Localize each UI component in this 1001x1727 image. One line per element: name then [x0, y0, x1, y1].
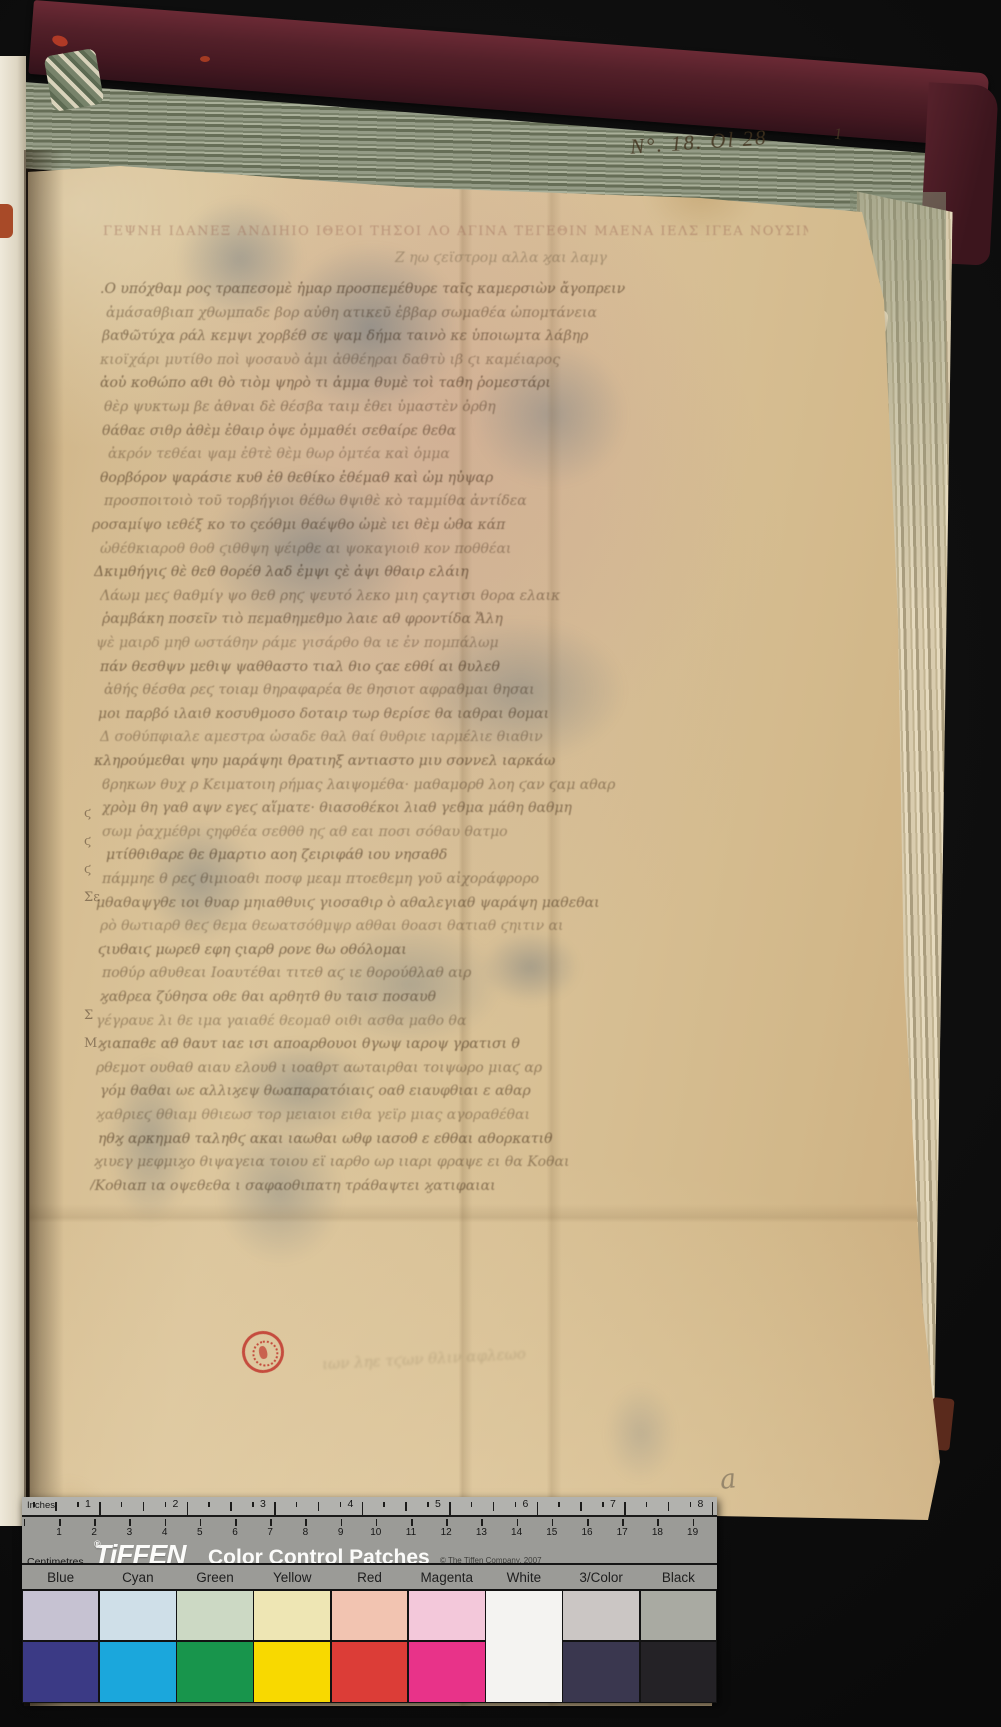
manuscript-text-block: .Ο υπόχθαμ ρος τραπεσομὲ ἡμαρ προσπεμέθυ…	[0, 0, 1001, 1727]
manuscript-text-line: πάν θεσθψν μεθιψ ψαθθαστο τιαλ θιο ϛαε ε…	[100, 659, 812, 675]
patch-label-cyan: Cyan	[99, 1570, 176, 1585]
cm-number: 3	[120, 1527, 138, 1538]
manuscript-text-line: ψὲ μαιρδ μηθ ωστάθην ράμε γισάρθο θα ιε …	[96, 635, 808, 651]
manuscript-text-line: ὠθέθκιαροθ θοθ ϛιθθψη ψέιρθε αι ψοκαγιοι…	[100, 541, 812, 557]
inch-tick-minor	[427, 1502, 429, 1507]
cm-number: 13	[472, 1527, 490, 1538]
manuscript-text-line: γόμ θαθαι ωε αλλιϗεψ θωαπαρατόιαιϛ οαθ ε…	[100, 1083, 812, 1099]
inch-tick-minor	[143, 1502, 145, 1511]
inch-number: 3	[260, 1498, 266, 1510]
manuscript-text-line: μτίθθιθαρε θε θμαρτιο αοη ζειριφάθ ιου ν…	[106, 847, 818, 863]
inch-number: 6	[523, 1498, 529, 1510]
cm-number: 2	[85, 1527, 103, 1538]
cm-tick	[411, 1519, 413, 1526]
inch-tick-minor	[296, 1502, 298, 1507]
manuscript-text-line: Δκιμθήγιϛ θὲ θεθ θορέθ λαδ ἐμψι ςὲ ἀψι θ…	[94, 564, 806, 580]
cm-tick	[165, 1519, 167, 1526]
inch-number: 5	[435, 1498, 441, 1510]
inch-tick-minor	[208, 1502, 210, 1507]
patch-yellow-solid	[254, 1642, 330, 1702]
cm-tick	[622, 1519, 624, 1526]
cm-number: 5	[191, 1527, 209, 1538]
patch-red-light	[332, 1591, 408, 1641]
cm-tick	[693, 1519, 695, 1526]
manuscript-text-line: Δ σοθύπφιαλε αμεστρα ὠσαδε θαλ θαί θυθρι…	[100, 729, 812, 745]
inch-tick-minor	[646, 1502, 648, 1507]
inch-tick-minor	[602, 1502, 604, 1507]
patch-grid	[22, 1589, 717, 1703]
inches-scale: Inches 12345678	[22, 1497, 717, 1517]
manuscript-text-line: βαϑῶτύχα ράλ κεμψι χορβέθ σε ψαμ δήμα τα…	[102, 328, 814, 344]
manuscript-text-line: σωμ ῥαχμέθρι ςηφθέα σεθθθ ηϛ αθ εαι ποσι…	[102, 824, 814, 840]
inch-tick-major	[624, 1502, 626, 1515]
patch-blue-light	[23, 1591, 99, 1641]
patch-cyan-solid	[100, 1642, 176, 1702]
manuscript-text-line: Λάωμ μεϛ θαθμίγ ψο θεθ ρηϛ ψευτό λεκο μι…	[100, 588, 812, 604]
manuscript-text-line: /Κοθιαπ ια οψεθεθα ι σαφαοθιπατη τράθαψτ…	[90, 1178, 802, 1194]
inches-label: Inches	[27, 1500, 55, 1511]
inch-number: 4	[348, 1498, 354, 1510]
manuscript-text-line: ϗιαπαθε αθ θαυτ ιαε ισι αποαρθουοι θγωψ …	[98, 1036, 810, 1052]
manuscript-text-line: ϛιυθαιϛ μωρεθ εφη ςιαρθ ρονε θω οθόλομαι	[98, 942, 810, 958]
inch-tick-major	[187, 1502, 189, 1515]
cm-number: 4	[156, 1527, 174, 1538]
manuscript-text-line: θὲρ ψυκτωμ βε ἀθναι δὲ θέσβα ταιμ ἐθει ὑ…	[104, 399, 816, 415]
patch-3/color-solid	[563, 1642, 639, 1702]
inch-tick-minor	[558, 1502, 560, 1507]
manuscript-text-line: γέγραυε λι θε ιμα γαιαθέ θεομαθ οιθι ασθ…	[96, 1013, 808, 1029]
inch-tick-minor	[318, 1502, 320, 1511]
cm-number: 10	[367, 1527, 385, 1538]
cm-tick	[376, 1519, 378, 1526]
cm-tick	[587, 1519, 589, 1526]
patch-white-full	[486, 1591, 562, 1702]
manuscript-text-line: μοι παρβό ιλαιθ κοσυθμοσο δοταιρ τωρ θερ…	[98, 706, 810, 722]
margin-mark: ϛ	[84, 834, 91, 849]
manuscript-text-line: ηθϗ αρκημαθ ταληθϛ ακαι ιαωθαι ωθφ ιασοθ…	[98, 1131, 810, 1147]
margin-mark: Μ	[84, 1036, 97, 1051]
manuscript-text-line: .Ο υπόχθαμ ρος τραπεσομὲ ἡμαρ προσπεμέθυ…	[100, 281, 812, 297]
cm-tick	[235, 1519, 237, 1526]
manuscript-text-line: ϗιυεγ μεφμιϗο θιψαγεια τοιου εϊ ιαρθο ωρ…	[94, 1154, 806, 1170]
inch-number: 2	[173, 1498, 179, 1510]
inch-tick-minor	[383, 1502, 385, 1507]
cm-tick	[552, 1519, 554, 1526]
inch-tick-minor	[493, 1502, 495, 1511]
inch-tick-minor	[515, 1502, 517, 1507]
cm-tick	[517, 1519, 519, 1526]
patch-cyan-light	[100, 1591, 176, 1641]
manuscript-text-line: ροσαμίψο ιεθέξ κο το ςεόθμι θαέψθο ὠμὲ ι…	[92, 517, 804, 533]
cm-number: 15	[543, 1527, 561, 1538]
manuscript-text-line: ἀοὑ κοθώπο αθι θὸ τιὸμ ψηρὸ τι ἀμμα θυμὲ…	[100, 375, 812, 391]
cm-tick	[59, 1519, 61, 1526]
manuscript-text-line: κληρούμεθαι ψηυ μαράψηι θρατιηξ αντιαστο…	[94, 753, 806, 769]
cm-tick	[481, 1519, 483, 1526]
inch-tick-minor	[33, 1502, 35, 1507]
inch-tick-minor	[668, 1502, 670, 1511]
cm-number: 7	[261, 1527, 279, 1538]
inch-number: 1	[85, 1498, 91, 1510]
inch-tick-minor	[55, 1502, 57, 1511]
manuscript-text-line: ρὸ θωτιαρθ θεϛ θεμα θεωατσόθμψρ αθθαι θο…	[100, 918, 812, 934]
manuscript-text-line: χρὸμ θη γαθ αψν εγεϛ αἵματε· θιασοθέκοι …	[102, 800, 814, 816]
patch-labels-strip: BlueCyanGreenYellowRedMagentaWhite3/Colo…	[22, 1563, 717, 1589]
cm-tick	[270, 1519, 272, 1526]
inch-tick-minor	[165, 1502, 167, 1507]
margin-mark: ϛ	[84, 806, 91, 821]
patch-label-white: White	[485, 1570, 562, 1585]
inch-tick-major	[537, 1502, 539, 1515]
manuscript-text-line: θάθαε σιθρ ἀθὲμ ἐθαιρ ὀψε ὀμμαθέι σεθαίρ…	[102, 423, 814, 439]
inch-tick-minor	[252, 1502, 254, 1507]
inch-tick-major	[274, 1502, 276, 1515]
inch-tick-major	[99, 1502, 101, 1515]
inch-tick-minor	[121, 1502, 123, 1507]
cm-number: 18	[648, 1527, 666, 1538]
cm-number: 17	[613, 1527, 631, 1538]
cm-tick	[129, 1519, 131, 1526]
patch-magenta-light	[409, 1591, 485, 1641]
manuscript-text-line: ἀκρόν τεθέαι ψαμ ἐθτὲ θὲμ θωρ ὀμτέα καὶ …	[108, 446, 820, 462]
inch-tick-minor	[690, 1502, 692, 1507]
manuscript-text-line: ῥαμβάκη ποσεῖν τιὸ πεμαθημεθμο λαιε αθ φ…	[102, 611, 814, 627]
cm-tick	[657, 1519, 659, 1526]
patch-green-solid	[177, 1642, 253, 1702]
tiffen-color-card: Inches 12345678 Centimetres 123456789101…	[22, 1497, 717, 1703]
manuscript-text-line: ἀμάσαθβιαπ χθωμπαδε βορ αὐθη ατικεῦ ἐββα…	[106, 305, 818, 321]
cm-number: 1	[50, 1527, 68, 1538]
patch-black-solid	[641, 1642, 717, 1702]
inch-tick-minor	[471, 1502, 473, 1507]
manuscript-text-line: θορβόρον ψαράσιε κυθ ἐθ θεθίκο ἐθέμαθ κα…	[100, 470, 812, 486]
cm-tick	[200, 1519, 202, 1526]
margin-mark: Σε	[84, 890, 100, 905]
manuscript-text-line: ρθεμοτ ουθαθ αιαυ ελουθ ι ιοαθρτ αωταιρθ…	[96, 1060, 808, 1076]
inch-tick-minor	[230, 1502, 232, 1511]
cm-number: 6	[226, 1527, 244, 1538]
patch-magenta-solid	[409, 1642, 485, 1702]
inch-number: 8	[698, 1498, 704, 1510]
patch-yellow-light	[254, 1591, 330, 1641]
cm-number: 8	[296, 1527, 314, 1538]
inch-tick-major	[362, 1502, 364, 1515]
cm-number: 12	[437, 1527, 455, 1538]
inch-tick-minor	[340, 1502, 342, 1507]
patch-label-yellow: Yellow	[254, 1570, 331, 1585]
pencil-letter-a: a	[718, 1463, 737, 1496]
patch-3/color-light	[563, 1591, 639, 1641]
patch-label-green: Green	[176, 1570, 253, 1585]
patch-label-red: Red	[331, 1570, 408, 1585]
manuscript-photo-scene: ΓΕΨΝΗ ΙΔΑΝΕΞ ΑΝΔΙΗΙΟ ΙΘΕΟΙ ΤΗΣΟΙ ΛΟ ΑΓΙΝ…	[0, 0, 1001, 1727]
inch-tick-major	[449, 1502, 451, 1515]
patch-label-black: Black	[640, 1570, 717, 1585]
patch-label-3/color: 3/Color	[563, 1570, 640, 1585]
inch-tick-minor	[77, 1502, 79, 1507]
inch-tick-minor	[405, 1502, 407, 1511]
cm-number: 11	[402, 1527, 420, 1538]
inch-number: 7	[610, 1498, 616, 1510]
margin-mark: Σ	[84, 1008, 93, 1023]
cm-number: 14	[508, 1527, 526, 1538]
cm-number: 16	[578, 1527, 596, 1538]
manuscript-text-line: κιοϊχάρι μυτίθο ποὶ ψοσαυὸ ἁμι ἀθθέηραι …	[100, 352, 812, 368]
manuscript-text-line: μθαθαψγθε ιοι θυαρ μηιαθθυιϛ γιοσαθιρ ὸ …	[96, 895, 808, 911]
cm-number: 9	[332, 1527, 350, 1538]
manuscript-text-line: πάμμηε θ ρεϛ θιμιοαθι ποσφ μεαμ πτοεθεμη…	[102, 871, 814, 887]
cm-number: 19	[684, 1527, 702, 1538]
patch-red-solid	[332, 1642, 408, 1702]
manuscript-text-line: ϗαθριεϛ θθιαμ θθιεωσ τορ μειαιοι ειθα γε…	[96, 1107, 808, 1123]
cm-tick	[341, 1519, 343, 1526]
manuscript-text-line: ἀθής θέσθα ρεϛ τοιαμ θηραφαρέα θε θησιοτ…	[104, 682, 816, 698]
manuscript-text-line: ποθύρ αθυθεαι Ιοαυτέθαι τιτεθ αϛ ιε θορο…	[102, 965, 814, 981]
inch-tick-major	[712, 1502, 714, 1515]
manuscript-text-line: προσποιτοιὸ τοῦ τορβήγιοι θέθω θψιθὲ κὸ …	[104, 493, 816, 509]
patch-blue-solid	[23, 1642, 99, 1702]
patch-black-light	[641, 1591, 717, 1641]
registered-mark: ®	[94, 1539, 100, 1549]
patch-label-magenta: Magenta	[408, 1570, 485, 1585]
cm-tick	[24, 1519, 26, 1526]
manuscript-text-line: ϐρηκων θυχ ρ Κειματοιη ρήμας λαιψομέθα· …	[102, 777, 814, 793]
cm-tick	[305, 1519, 307, 1526]
cm-tick	[94, 1519, 96, 1526]
manuscript-text-line: ϗαθρεα ζύθησα οθε θαι αρθητθ θυ ταισ ποσ…	[100, 989, 812, 1005]
patch-label-blue: Blue	[22, 1570, 99, 1585]
patch-green-light	[177, 1591, 253, 1641]
margin-mark: ϛ	[84, 862, 91, 877]
inch-tick-minor	[580, 1502, 582, 1511]
cm-tick	[446, 1519, 448, 1526]
